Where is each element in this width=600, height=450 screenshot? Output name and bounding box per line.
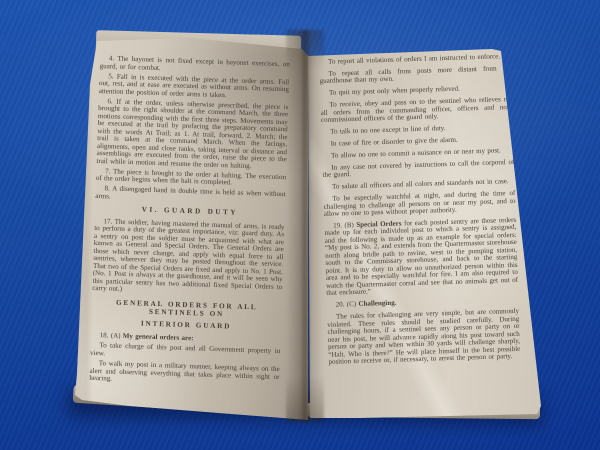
general-order-call-corporal: In any case not covered by instructions … <box>322 159 514 180</box>
paragraph-18-number: 18. (A) <box>100 332 123 341</box>
paragraph-19-body: for each posted sentry are those orders … <box>324 216 518 297</box>
left-page-text: 4. The bayonet is not fixed except in ba… <box>89 55 290 391</box>
paragraph-8: 8. A disengaged hand in double time is h… <box>95 185 285 206</box>
paragraph-20-number: 20. (C) <box>336 300 359 309</box>
paragraph-21: The rules for challenging are very simpl… <box>327 308 521 367</box>
paragraph-18-title: My general orders are: <box>123 332 194 342</box>
general-orders-heading-line2: INTERIOR GUARD <box>91 319 281 333</box>
open-booklet: 4. The bayonet is not fixed except in ba… <box>0 0 600 450</box>
paragraph-17: 17. The soldier, having mastered the man… <box>92 218 284 299</box>
right-page-text: To report all violations of orders I am … <box>319 53 521 371</box>
general-order-talk: To talk to no one except in line of duty… <box>321 123 513 137</box>
general-orders-heading-line1: GENERAL ORDERS FOR ALL SENTINELS ON <box>91 299 281 320</box>
right-page: To report all violations of orders I am … <box>300 28 545 426</box>
general-order-repeat-calls: To repeat all calls from posts more dist… <box>319 65 511 86</box>
paragraph-20-title: Challenging. <box>358 299 396 308</box>
general-order-watchful: To be especially watchful at night, and … <box>323 190 516 219</box>
general-order-receive-obey: To receive, obey and pass on to the sent… <box>320 96 513 125</box>
photo-background: 4. The bayonet is not fixed except in ba… <box>0 0 600 450</box>
paragraph-6: 6. If at the order, unless otherwise pre… <box>96 98 288 172</box>
general-order-walk-post: To walk my post in a military manner, ke… <box>89 360 280 389</box>
left-page: 4. The bayonet is not fixed except in ba… <box>70 34 308 426</box>
paragraph-19: 19. (B) Special Orders for each posted s… <box>324 217 518 298</box>
